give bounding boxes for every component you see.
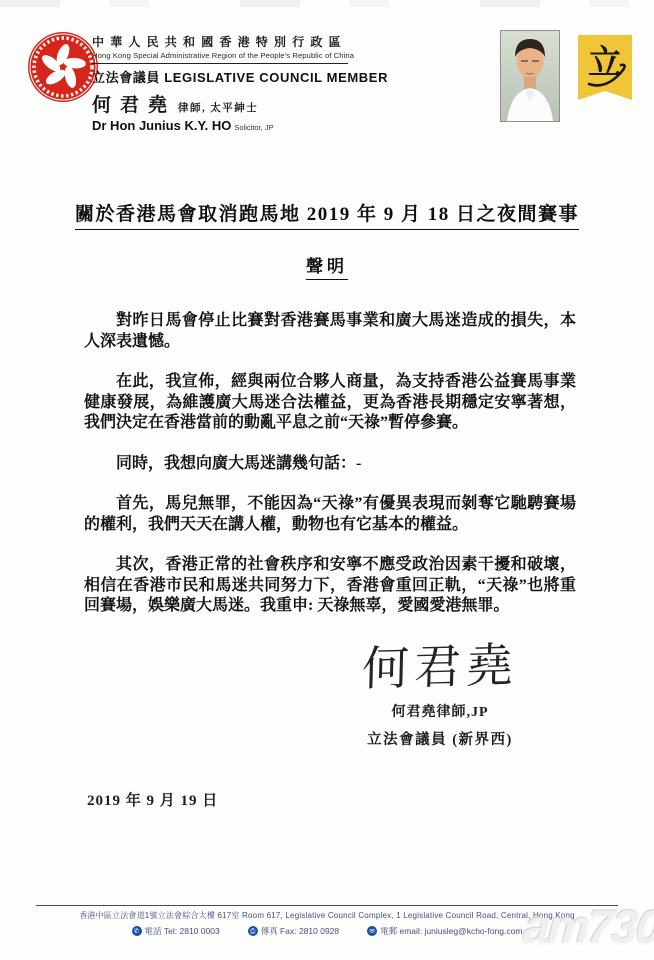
member-name-en-suffix: Solicitor, JP bbox=[234, 123, 273, 132]
statement-paragraph: 其次，香港正常的社會秩序和安寧不應受政治因素干擾和破壞，相信在香港市民和馬迷共同… bbox=[84, 555, 576, 617]
footer-tel: ✆ 電話 Tel: 2810 0003 bbox=[132, 925, 220, 937]
member-portrait-photo bbox=[500, 30, 560, 122]
date-line: 2019 年 9 月 19 日 bbox=[87, 789, 218, 810]
handwritten-signature: 何君堯 bbox=[361, 643, 518, 694]
legco-logo-icon: 立 bbox=[577, 34, 633, 108]
region-title-en: Hong Kong Special Administrative Region … bbox=[92, 51, 452, 60]
footer-email-label: 電郵 email: juniusleg@kcho-fong.com bbox=[380, 925, 522, 937]
signer-role-line: 立法會議員 (新界西) bbox=[330, 728, 550, 749]
statement-paragraph: 同時，我想向廣大馬迷講幾句話：- bbox=[84, 454, 576, 475]
email-icon: ✉ bbox=[367, 926, 377, 936]
hksar-emblem-icon bbox=[27, 31, 99, 103]
member-name-cn-suffix: 律師, 太平紳士 bbox=[178, 100, 258, 115]
statement-paragraph: 在此，我宣佈，經與兩位合夥人商量，為支持香港公益賽馬事業健康發展，為維護廣大馬迷… bbox=[84, 372, 576, 434]
phone-icon: ✆ bbox=[132, 926, 142, 936]
statement-body: 對昨日馬會停止比賽對香港賽馬事業和廣大馬迷造成的損失，本人深表遺憾。 在此，我宣… bbox=[84, 311, 576, 637]
signer-name-line: 何君堯律師,JP bbox=[330, 701, 550, 721]
document-title: 關於香港馬會取消跑馬地 2019 年 9 月 18 日之夜間賽事 bbox=[75, 199, 579, 230]
statement-paragraph: 對昨日馬會停止比賽對香港賽馬事業和廣大馬迷造成的損失，本人深表遺憾。 bbox=[84, 311, 576, 352]
scanned-letter-page: 中華人民共和國香港特別行政區 Hong Kong Special Adminis… bbox=[0, 0, 654, 960]
letterhead-divider bbox=[92, 63, 348, 64]
signature-block: 何君堯 何君堯律師,JP 立法會議員 (新界西) bbox=[330, 645, 550, 749]
region-title-cn: 中華人民共和國香港特別行政區 bbox=[92, 33, 452, 50]
footer-tel-label: 電話 Tel: 2810 0003 bbox=[145, 925, 220, 937]
member-title-line: 立法會議員 LEGISLATIVE COUNCIL MEMBER bbox=[92, 67, 452, 86]
footer-fax: ⎙ 傳真 Fax: 2810 0928 bbox=[248, 925, 339, 937]
member-name-en: Dr Hon Junius K.Y. HO bbox=[92, 118, 231, 133]
footer-email: ✉ 電郵 email: juniusleg@kcho-fong.com bbox=[367, 925, 522, 937]
letterhead-text-block: 中華人民共和國香港特別行政區 Hong Kong Special Adminis… bbox=[92, 33, 452, 133]
footer-fax-label: 傳真 Fax: 2810 0928 bbox=[261, 925, 339, 937]
am730-watermark: am730 bbox=[522, 899, 654, 954]
statement-paragraph: 首先，馬兒無罪，不能因為“天祿”有優異表現而剝奪它馳騁賽場的權利，我們天天在講人… bbox=[84, 494, 576, 535]
member-name-cn: 何君堯 bbox=[92, 90, 176, 117]
scan-artifact-strip bbox=[0, 0, 654, 7]
document-subtitle: 聲明 bbox=[306, 252, 348, 280]
fax-icon: ⎙ bbox=[248, 926, 258, 936]
